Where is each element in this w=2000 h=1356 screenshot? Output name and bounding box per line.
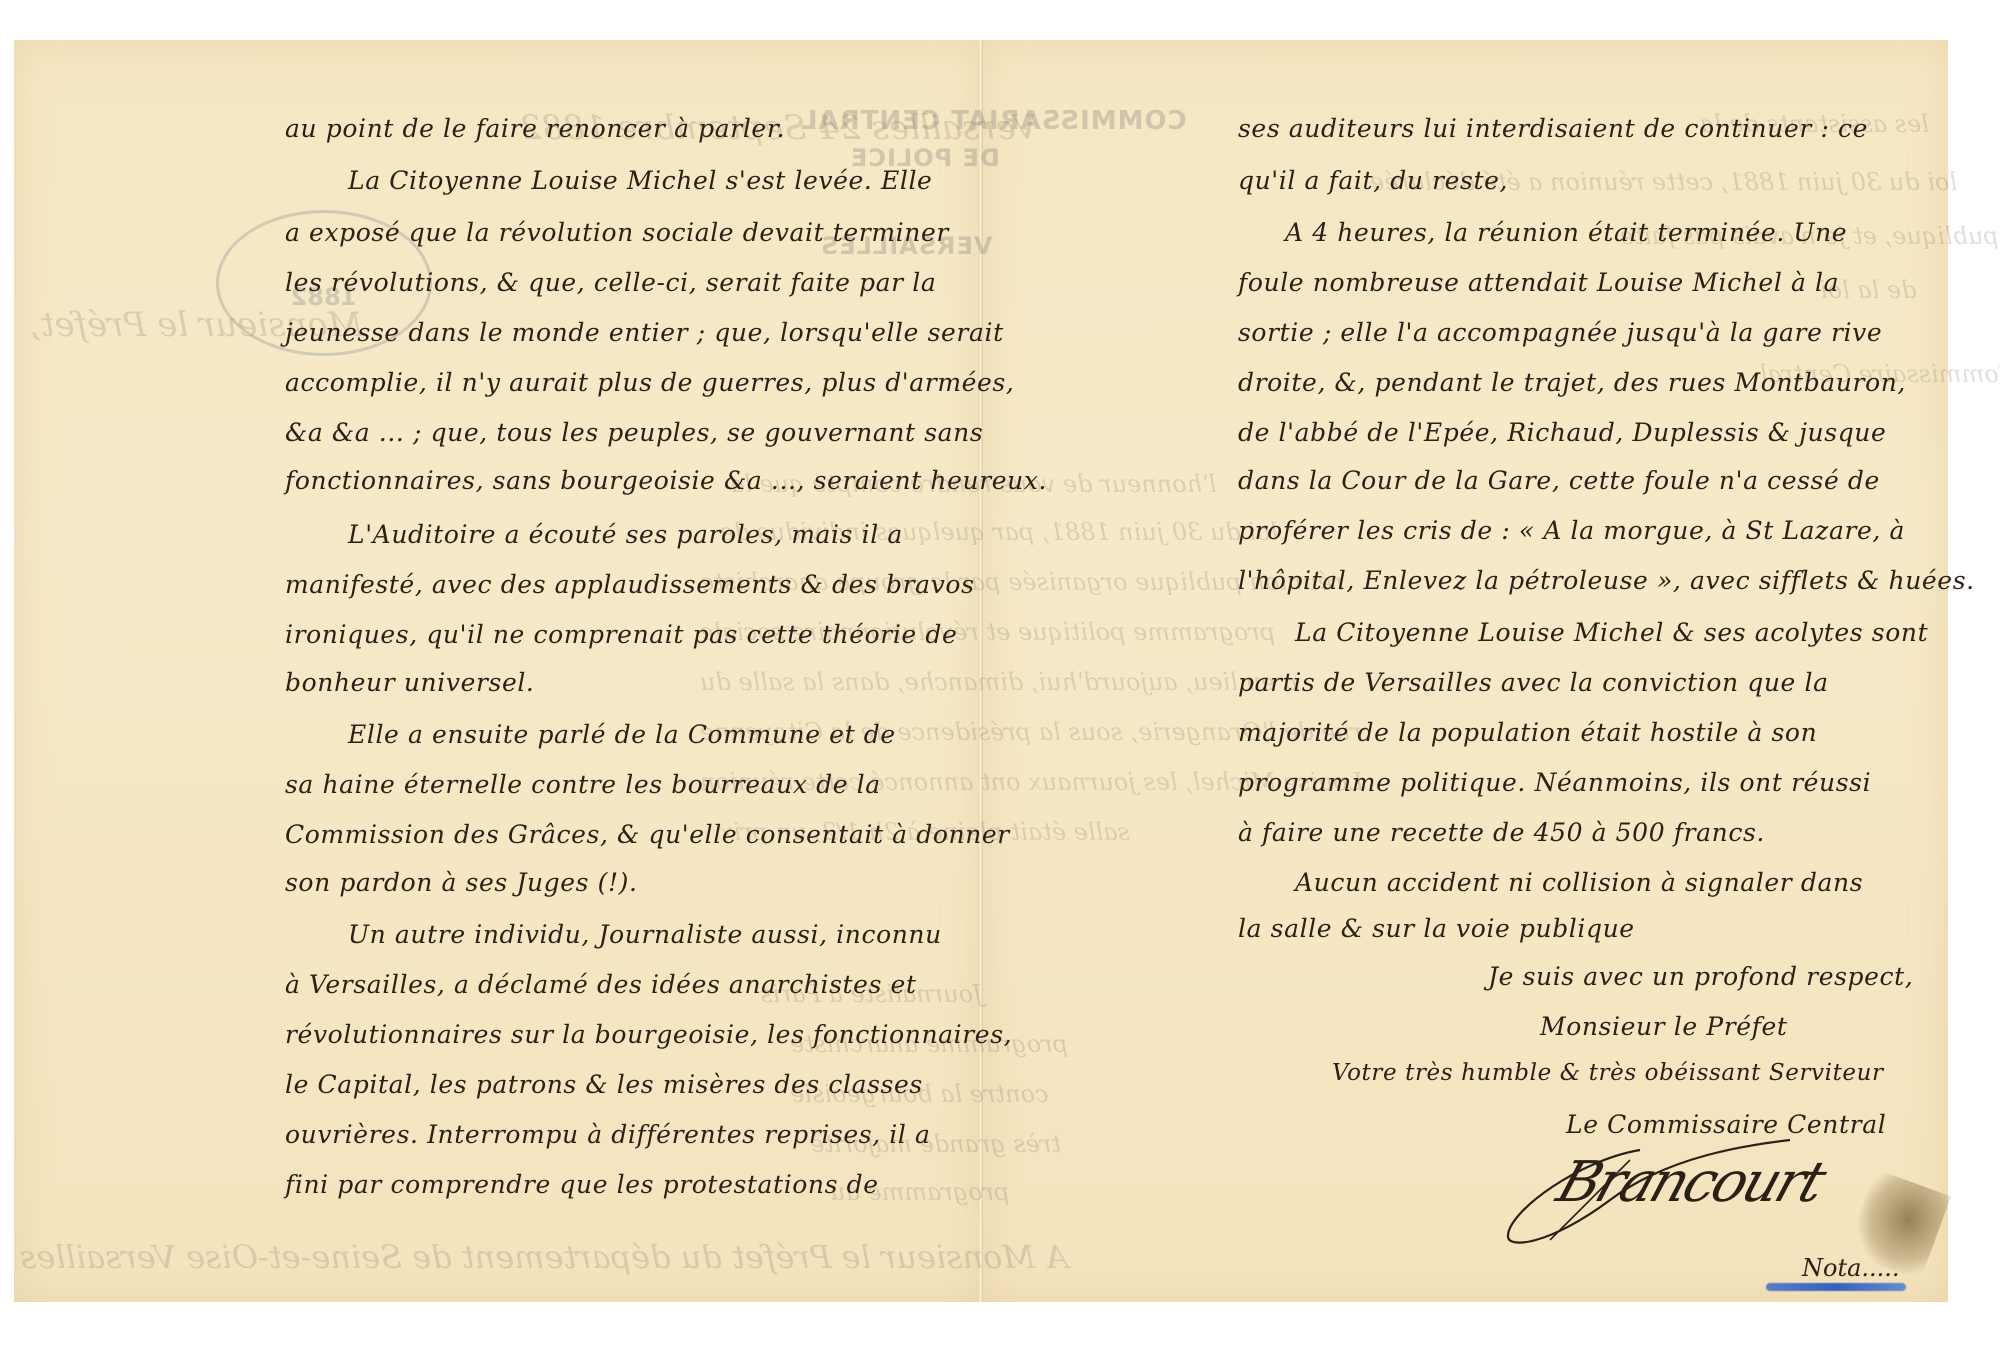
nota-label: Nota.....: [1802, 1254, 1900, 1282]
text-line: majorité de la population était hostile …: [1238, 718, 1817, 747]
signature-name: Brancourt: [1549, 1150, 1831, 1215]
text-line: foule nombreuse attendait Louise Michel …: [1238, 268, 1839, 297]
text-line: droite, &, pendant le trajet, des rues M…: [1238, 368, 1906, 397]
text-line: &a &a ... ; que, tous les peuples, se go…: [285, 418, 983, 447]
text-line: programme politique. Néanmoins, ils ont …: [1238, 768, 1871, 797]
text-line: accomplie, il n'y aurait plus de guerres…: [285, 368, 1014, 397]
text-line: proférer les cris de : « A la morgue, à …: [1238, 516, 1905, 545]
blue-pencil-underline: [1766, 1283, 1906, 1291]
text-line: à faire une recette de 450 à 500 francs.: [1238, 818, 1765, 847]
text-line: le Capital, les patrons & les misères de…: [285, 1070, 923, 1099]
text-line: sa haine éternelle contre les bourreaux …: [285, 770, 881, 799]
text-line: Aucun accident ni collision à signaler d…: [1295, 868, 1863, 897]
text-line: la salle & sur la voie publique: [1238, 914, 1635, 943]
letterhead-title: COMMISSARIAT CENTRAL: [800, 106, 1187, 136]
text-line: a exposé que la révolution sociale devai…: [285, 218, 949, 247]
text-line: La Citoyenne Louise Michel & ses acolyte…: [1295, 618, 1928, 647]
text-line: Commission des Grâces, & qu'elle consent…: [285, 820, 1010, 849]
text-line: qu'il a fait, du reste,: [1238, 166, 1508, 195]
text-line: fini par comprendre que les protestation…: [285, 1170, 879, 1199]
text-line: révolutionnaires sur la bourgeoisie, les…: [285, 1020, 1012, 1049]
signature: Brancourt: [1490, 1130, 1910, 1250]
text-line: jeunesse dans le monde entier ; que, lor…: [285, 318, 1004, 347]
text-line: A 4 heures, la réunion était terminée. U…: [1285, 218, 1847, 247]
text-line: La Citoyenne Louise Michel s'est levée. …: [348, 166, 932, 195]
bleed-through-bottom: A Monsieur le Préfet du département de S…: [20, 1238, 1068, 1276]
text-line: manifesté, avec des applaudissements & d…: [285, 570, 975, 599]
text-line: ouvrières. Interrompu à différentes repr…: [285, 1120, 931, 1149]
text-line: Un autre individu, Journaliste aussi, in…: [348, 920, 942, 949]
text-line: partis de Versailles avec la conviction …: [1238, 668, 1829, 697]
text-line: bonheur universel.: [285, 668, 534, 697]
text-line: son pardon à ses Juges (!).: [285, 868, 638, 897]
closing-line: Votre très humble & très obéissant Servi…: [1332, 1060, 1884, 1086]
closing-line: Monsieur le Préfet: [1540, 1012, 1788, 1041]
text-line: fonctionnaires, sans bourgeoisie &a ...,…: [285, 466, 1047, 495]
text-line: l'hôpital, Enlevez la pétroleuse », avec…: [1238, 566, 1975, 595]
text-line: sortie ; elle l'a accompagnée jusqu'à la…: [1238, 318, 1882, 347]
text-line: dans la Cour de la Gare, cette foule n'a…: [1238, 466, 1880, 495]
text-line: de l'abbé de l'Epée, Richaud, Duplessis …: [1238, 418, 1886, 447]
bleed-through-fragment: a eu lieu, aujourd'hui, dimanche, dans l…: [700, 668, 1297, 696]
text-line: L'Auditoire a écouté ses paroles, mais i…: [348, 520, 903, 549]
closing-line: Je suis avec un profond respect,: [1488, 962, 1913, 991]
text-line: ses auditeurs lui interdisaient de conti…: [1238, 114, 1868, 143]
text-line: les révolutions, & que, celle-ci, serait…: [285, 268, 936, 297]
text-line: à Versailles, a déclamé des idées anarch…: [285, 970, 917, 999]
text-line: ironiques, qu'il ne comprenait pas cette…: [285, 620, 957, 649]
text-line: au point de le faire renoncer à parler.: [285, 114, 785, 143]
text-line: Elle a ensuite parlé de la Commune et de: [348, 720, 896, 749]
